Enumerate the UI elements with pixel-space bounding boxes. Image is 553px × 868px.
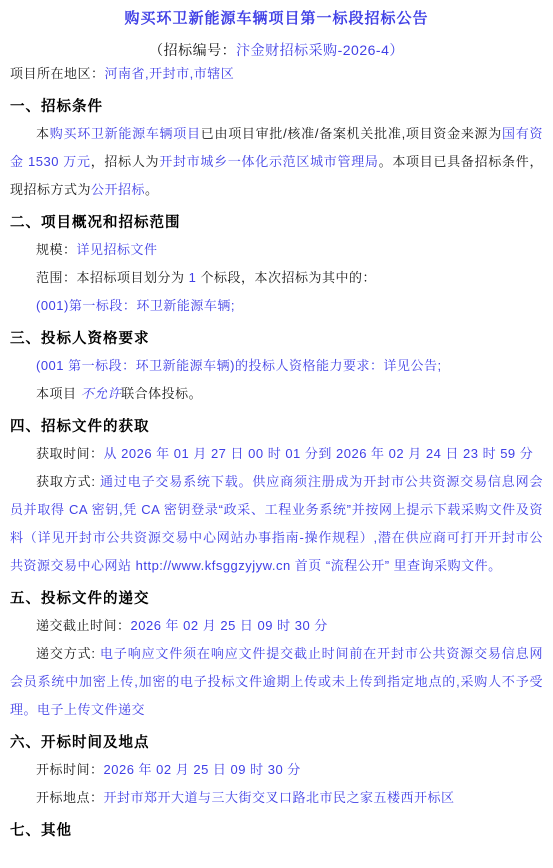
section-2-heading: 二、项目概况和招标范围: [10, 210, 543, 236]
tenderer-name-highlight: 开封市城乡一体化示范区城市管理局: [159, 154, 378, 169]
scope-line: 范围：本招标项目划分为 1 个标段，本次招标为其中的：: [10, 264, 543, 292]
subtitle-prefix: （招标编号：: [149, 42, 236, 58]
section-7-heading: 七、其他: [10, 818, 543, 844]
submission-deadline-label: 递交截止时间：: [36, 618, 131, 633]
tender-number: 汴金财招标采购-2026-4: [236, 42, 389, 58]
obtain-method-label: 获取方式:: [36, 474, 100, 489]
obtain-time-value: 从 2026 年 01 月 27 日 00 时 01 分到 2026 年 02 …: [104, 446, 534, 461]
consortium-prefix: 本项目: [36, 386, 81, 401]
bid-opening-time-value: 2026 年 02 月 25 日 09 时 30 分: [104, 762, 301, 777]
document-title: 购买环卫新能源车辆项目第一标段招标公告: [10, 8, 543, 30]
text-run: 。: [145, 182, 159, 197]
scale-line: 规模：详见招标文件: [10, 236, 543, 264]
qualification-requirements-line: (001 第一标段：环卫新能源车辆)的投标人资格能力要求：详见公告;: [10, 352, 543, 380]
scale-label: 规模：: [36, 242, 77, 257]
tender-announcement-document: 购买环卫新能源车辆项目第一标段招标公告 （招标编号：汴金财招标采购-2026-4…: [0, 0, 553, 844]
obtain-time-label: 获取时间：: [36, 446, 104, 461]
section-6-heading: 六、开标时间及地点: [10, 730, 543, 756]
bid-conditions-paragraph: 本购买环卫新能源车辆项目已由项目审批/核准/备案机关批准,项目资金来源为国有资金…: [10, 120, 543, 204]
text-run: 本: [36, 126, 50, 141]
scope-suffix: 个标段，本次招标为其中的：: [196, 270, 376, 285]
bid-opening-place-value: 开封市郑开大道与三大街交叉口路北市民之家五楼西开标区: [104, 790, 455, 805]
consortium-suffix: 联合体投标。: [121, 386, 202, 401]
section-5-heading: 五、投标文件的递交: [10, 586, 543, 612]
text-run: 已由项目审批/核准/备案机关批准,项目资金来源为: [201, 126, 502, 141]
procurement-website-url[interactable]: http://www.kfsggzyjyw.cn: [136, 558, 291, 573]
section-3-heading: 三、投标人资格要求: [10, 326, 543, 352]
bid-opening-place-line: 开标地点：开封市郑开大道与三大街交叉口路北市民之家五楼西开标区: [10, 784, 543, 812]
text-run: ，招标人为: [91, 154, 160, 169]
document-obtain-method-paragraph: 获取方式: 通过电子交易系统下载。供应商须注册成为开封市公共资源交易信息网会员并…: [10, 468, 543, 580]
section-1-heading: 一、招标条件: [10, 94, 543, 120]
bid-opening-time-line: 开标时间：2026 年 02 月 25 日 09 时 30 分: [10, 756, 543, 784]
project-name-highlight: 购买环卫新能源车辆项目: [50, 126, 201, 141]
submission-method-label: 递交方式:: [36, 646, 100, 661]
location-value: 河南省,开封市,市辖区: [105, 66, 235, 81]
obtain-method-text: 首页 “流程公开” 里查询采购文件。: [291, 558, 502, 573]
submission-deadline-line: 递交截止时间：2026 年 02 月 25 日 09 时 30 分: [10, 612, 543, 640]
not-allowed-highlight: 不允许: [81, 386, 122, 401]
subtitle-suffix: ）: [389, 42, 404, 58]
project-location-line: 项目所在地区：河南省,开封市,市辖区: [10, 60, 543, 88]
tender-announcement-page: { "colors": { "accent_blue": "#4040e6", …: [0, 0, 553, 868]
bid-opening-place-label: 开标地点：: [36, 790, 104, 805]
submission-deadline-value: 2026 年 02 月 25 日 09 时 30 分: [131, 618, 328, 633]
scale-value: 详见招标文件: [77, 242, 158, 257]
submission-method-paragraph: 递交方式: 电子响应文件须在响应文件提交截止时间前在开封市公共资源交易信息网会员…: [10, 640, 543, 724]
section-4-heading: 四、招标文件的获取: [10, 414, 543, 440]
location-label: 项目所在地区：: [10, 66, 105, 81]
document-subtitle: （招标编号：汴金财招标采购-2026-4）: [10, 40, 543, 60]
bid-method-highlight: 公开招标: [91, 182, 145, 197]
lot-description-line: (001)第一标段：环卫新能源车辆;: [10, 292, 543, 320]
scope-prefix: 范围：本招标项目划分为: [36, 270, 189, 285]
consortium-line: 本项目 不允许联合体投标。: [10, 380, 543, 408]
bid-opening-time-label: 开标时间：: [36, 762, 104, 777]
document-obtain-time-line: 获取时间：从 2026 年 01 月 27 日 00 时 01 分到 2026 …: [10, 440, 543, 468]
